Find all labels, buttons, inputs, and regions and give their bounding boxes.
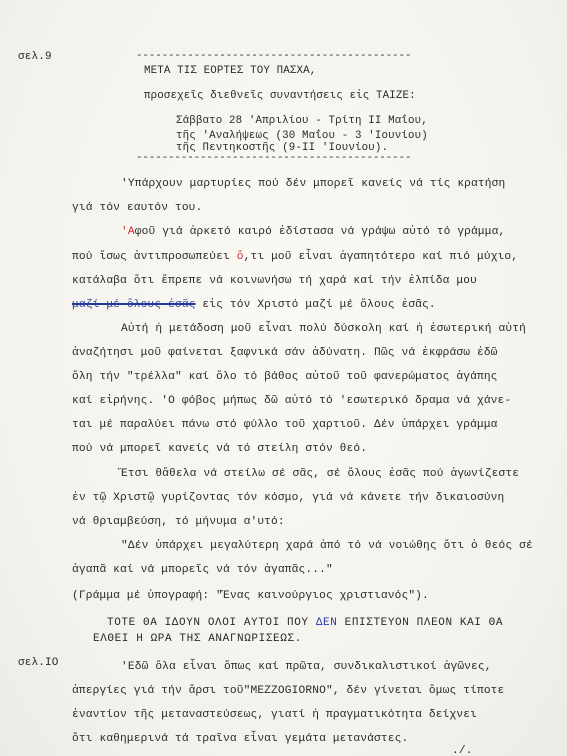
paragraph-2-line-3: κατάλαβα ὅτι ἔπρεπε νά κοινωνήσω τή χαρά… [72, 274, 477, 288]
caps-line-1: ΤΟΤΕ ΘΑ ΙΔΟΥΝ ΟΛΟΙ ΑΥΤΟΙ ΠΟΥ ΔΕΝ ΕΠΙΣΤΕΥ… [107, 616, 503, 630]
paragraph-5-line-4: ὅτι καθημερινά τά τραῖνα εἶναι γεμάτα με… [72, 732, 408, 746]
paragraph-5-line-2: ἀπεργίες γιά τήν ἄρσι τοῦ"MEZZOGIORNO", … [72, 684, 504, 698]
paragraph-5-line-3: ἐναντίον τῆς μεταναστεύσεως, γιατί ἡ πρα… [72, 708, 477, 722]
paragraph-3-line-6: πού νά μπορεῖ κανείς νά τό στείλη στόν θ… [72, 442, 367, 456]
paragraph-4-line-3: νά θριαμβεύση, τό μήνυμα α'υτό: [72, 515, 285, 529]
paragraph-2-line-1: 'Αφοῦ γιά ἀρκετό καιρό ἐδίστασα νά γράψω… [121, 225, 505, 239]
paragraph-3-line-4: καί εἰρήνης. 'Ο φόβος μήπως δῶ αὐτό τό '… [72, 394, 511, 408]
red-accent-mark: ὅ [237, 251, 244, 263]
header-title: ΜΕΤΑ ΤΙΣ ΕΟΡΤΕΣ ΤΟΥ ΠΑΣΧΑ, [144, 64, 316, 78]
quote-line-2: ἀγαπᾶ καί νά μπορεῖς νά τόν ἀγαπᾶς..." [72, 563, 333, 577]
paragraph-2-line-4: μαζί μέ ὅλους ἐσᾶς εἰς τόν Χριστό μαζί μ… [72, 298, 436, 312]
quote-line-1: "Δέν ὑπάρχει μεγαλύτερη χαρά ἀπό τό νά ν… [121, 539, 533, 553]
header-date-2: τῆς 'Αναλήψεως (30 Μαΐου - 3 'Ιουνίου) [176, 130, 428, 142]
paragraph-3-line-5: ται μέ παραλύει πάνω στό φύλλο τοῦ χαρτι… [72, 418, 498, 432]
paragraph-4-line-2: ἐν τῷ Χριστῷ γυρίζοντας τόν κόσμο, γιά ν… [72, 491, 504, 505]
paragraph-1-line-1: 'Υπάρχουν μαρτυρίες πού δέν μπορεῖ κανεί… [121, 177, 505, 191]
header-rule-bottom: ----------------------------------------… [136, 151, 411, 165]
header-subtitle: προσεχεῖς διεθνεῖς συναντήσεις εἰς ΤΑΙΖΕ… [144, 89, 416, 103]
paragraph-3-line-2: ἀναζήτησι μοῦ φαίνεται ξαφνικά σάν ἀδύνα… [72, 346, 498, 360]
paragraph-1-line-2: γιά τόν εαυτόν του. [72, 201, 202, 215]
page-label-9: σελ.9 [18, 50, 52, 64]
struck-through-text: μαζί μέ ὅλους ἐσᾶς [72, 299, 196, 311]
header-date-1: Σάββατο 28 'Απριλίου - Τρίτη ΙΙ Μαΐου, [176, 114, 428, 128]
continuation-mark: ./. [452, 744, 473, 756]
paragraph-3-line-3: ὅλη τήν "τρέλλα" καί ὅλο τό βάθος αὐτοῦ … [72, 370, 498, 384]
paragraph-3-line-1: Αὐτή ἡ μετάδοση μοῦ εἶναι πολύ δύσκολη κ… [121, 322, 526, 336]
red-initial-mark: 'Α [121, 226, 135, 238]
letter-signature: (Γράμμα μέ ὑπογραφή: "Ἕνας καινούργιος χ… [72, 589, 429, 603]
paragraph-2-line-2: πού ἴσως ἀντιπροσωπεύει ὅ,τι μοῦ εἶναι ἀ… [72, 250, 518, 264]
paragraph-5-line-1: 'Εδῶ ὅλα εἶναι ὅπως καί πρῶτα, συνδικαλι… [121, 660, 492, 674]
typewritten-page: σελ.9 σελ.ΙΟ ---------------------------… [0, 0, 567, 756]
handwritten-correction: ΔΕΝ [316, 617, 338, 629]
header-rule-top: ----------------------------------------… [136, 49, 411, 63]
paragraph-4-line-1: Ἔτσι θἄθελα νά στείλω σέ σᾶς, σέ ὅλους ἐ… [121, 467, 519, 481]
page-label-10: σελ.ΙΟ [18, 656, 59, 670]
caps-line-2: ΕΛΘΕΙ Η ΩΡΑ ΤΗΣ ΑΝΑΓΝΩΡΙΣΕΩΣ. [93, 632, 302, 646]
